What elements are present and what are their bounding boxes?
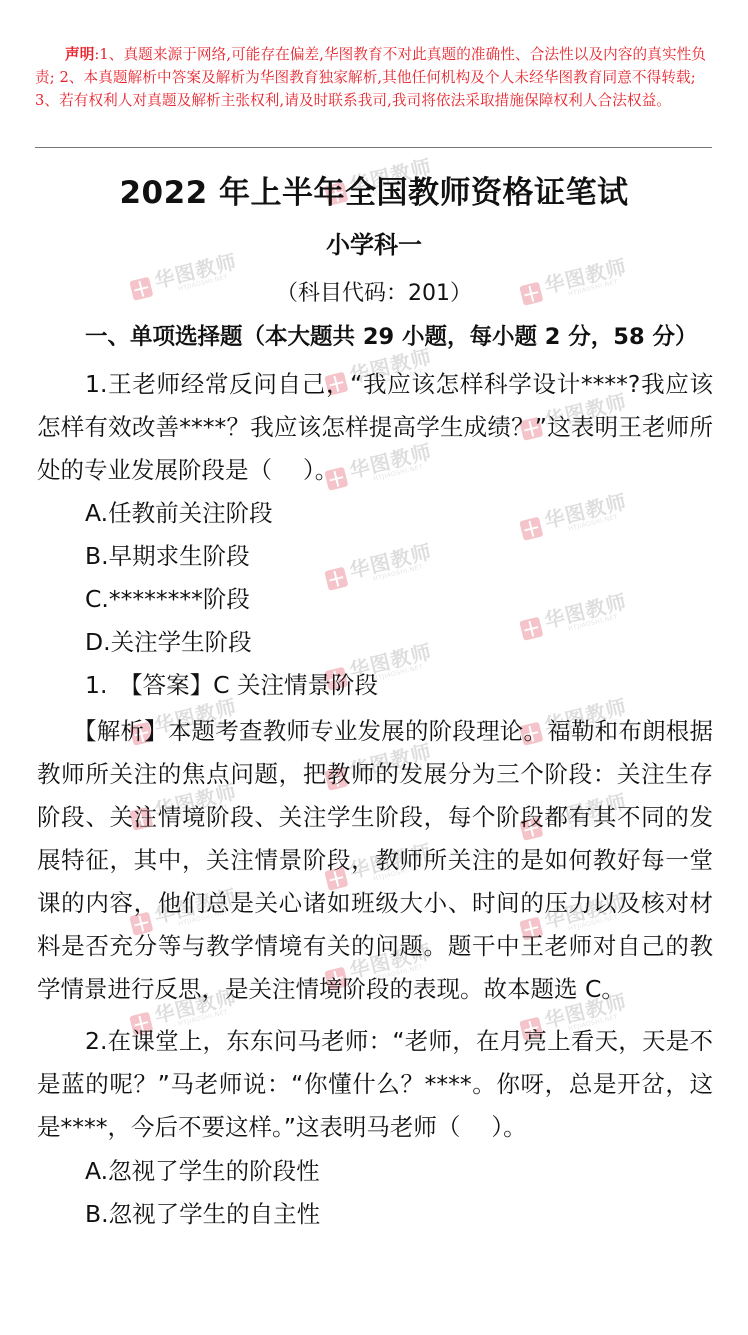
question-1-answer: 1. 【答案】C 关注情景阶段 bbox=[85, 664, 378, 707]
header-divider bbox=[35, 147, 712, 148]
question-1-option-c: C.********阶段 bbox=[85, 578, 250, 621]
question-2-option-b: B.忽视了学生的自主性 bbox=[85, 1193, 320, 1236]
disclaimer-text: :1、真题来源于网络,可能存在偏差,华图教育不对此真题的准确性、合法性以及内容的… bbox=[35, 46, 706, 109]
watermark-logo-icon: 华图教师HTJIAOSHI.NET bbox=[323, 535, 453, 598]
subject-code: （科目代码：201） bbox=[0, 278, 748, 310]
disclaimer: 声明:1、真题来源于网络,可能存在偏差,华图教育不对此真题的准确性、合法性以及内… bbox=[35, 43, 713, 112]
question-1-analysis: 【解析】本题考查教师专业发展的阶段理论。福勒和布朗根据教师所关注的焦点问题，把教… bbox=[37, 710, 713, 1011]
question-2-stem: 2.在课堂上，东东问马老师：“老师，在月亮上看天，天是不是蓝的呢？”马老师说：“… bbox=[37, 1020, 713, 1149]
question-1-stem: 1.王老师经常反问自己，“我应该怎样科学设计****?我应该怎样有效改善****… bbox=[37, 363, 713, 492]
question-1-option-b: B.早期求生阶段 bbox=[85, 535, 250, 578]
page-title: 2022 年上半年全国教师资格证笔试 bbox=[0, 172, 748, 214]
watermark-logo-icon: 华图教师HTJIAOSHI.NET bbox=[518, 485, 648, 548]
document-page: 华图教师HTJIAOSHI.NET 华图教师HTJIAOSHI.NET 华图教师… bbox=[0, 0, 748, 1335]
page-subtitle: 小学科一 bbox=[0, 228, 748, 262]
watermark-logo-icon: 华图教师HTJIAOSHI.NET bbox=[518, 585, 648, 648]
question-2-option-a: A.忽视了学生的阶段性 bbox=[85, 1150, 320, 1193]
question-1-option-a: A.任教前关注阶段 bbox=[85, 492, 273, 535]
question-1-option-d: D.关注学生阶段 bbox=[85, 621, 252, 664]
section-heading: 一、单项选择题（本大题共 29 小题，每小题 2 分，58 分） bbox=[85, 320, 735, 354]
disclaimer-label: 声明 bbox=[65, 46, 94, 63]
